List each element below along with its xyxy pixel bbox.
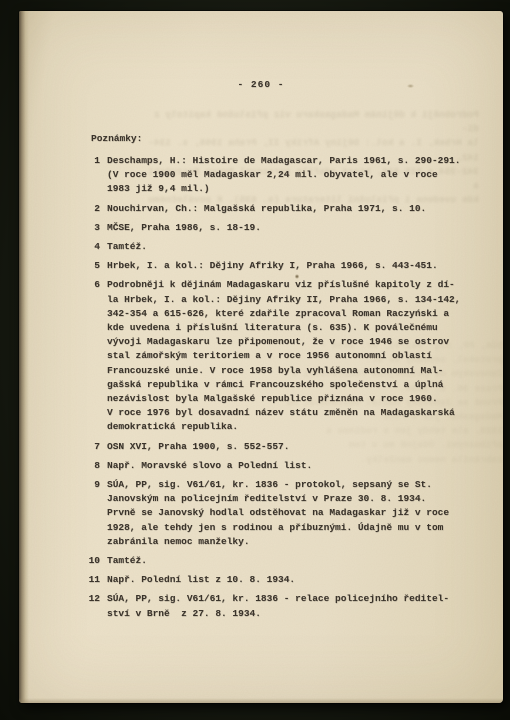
footnote-text: SÚA, PP, sig. V61/61, kr. 1836 - protoko… bbox=[107, 478, 449, 549]
footnote-text: Hrbek, I. a kol.: Dějiny Afriky I, Praha… bbox=[107, 259, 438, 273]
footnote-text: Deschamps, H.: Histoire de Madagascar, P… bbox=[107, 154, 460, 197]
footnote-item: 8 Např. Moravské slovo a Polední list. bbox=[85, 459, 481, 473]
scanned-page: Podrobněji k dějinám Madagaskaru viz pří… bbox=[19, 11, 503, 703]
footnote-item: 5 Hrbek, I. a kol.: Dějiny Afriky I, Pra… bbox=[85, 259, 481, 273]
footnote-number: 1 bbox=[85, 154, 100, 197]
footnote-number: 7 bbox=[85, 440, 100, 454]
footnote-text: Nouchirvan, Ch.: Malgašská republika, Pr… bbox=[107, 202, 426, 216]
footnote-number: 10 bbox=[85, 554, 100, 568]
footnote-item: 9 SÚA, PP, sig. V61/61, kr. 1836 - proto… bbox=[85, 478, 481, 549]
footnote-item: 12 SÚA, PP, sig. V61/61, kr. 1836 - rela… bbox=[85, 592, 481, 620]
footnote-text: Např. Moravské slovo a Polední list. bbox=[107, 459, 312, 473]
footnote-text: Tamtéž. bbox=[107, 554, 147, 568]
footnote-number: 4 bbox=[85, 240, 100, 254]
footnote-text: OSN XVI, Praha 1900, s. 552-557. bbox=[107, 440, 289, 454]
footnote-item: 2 Nouchirvan, Ch.: Malgašská republika, … bbox=[85, 202, 481, 216]
page-edge-bottom bbox=[19, 698, 503, 703]
footnote-item: 1 Deschamps, H.: Histoire de Madagascar,… bbox=[85, 154, 481, 197]
footnote-number: 5 bbox=[85, 259, 100, 273]
footnote-number: 2 bbox=[85, 202, 100, 216]
footnote-item: 4 Tamtéž. bbox=[85, 240, 481, 254]
footnote-item: 11 Např. Polední list z 10. 8. 1934. bbox=[85, 573, 481, 587]
page-edge bbox=[19, 11, 29, 703]
page-number: - 260 - bbox=[19, 78, 503, 92]
footnote-text: Podrobněji k dějinám Madagaskaru viz pří… bbox=[107, 278, 460, 434]
footnote-text: Tamtéž. bbox=[107, 240, 147, 254]
footnote-number: 8 bbox=[85, 459, 100, 473]
footnotes-list: 1 Deschamps, H.: Histoire de Madagascar,… bbox=[85, 154, 481, 626]
footnote-text: SÚA, PP, sig. V61/61, kr. 1836 - relace … bbox=[107, 592, 449, 620]
footnote-item: 3 MČSE, Praha 1986, s. 18-19. bbox=[85, 221, 481, 235]
footnote-number: 11 bbox=[85, 573, 100, 587]
footnote-number: 12 bbox=[85, 592, 100, 620]
scanned-photo-background: Podrobněji k dějinám Madagaskaru viz pří… bbox=[0, 0, 510, 720]
notes-heading: Poznámky: bbox=[91, 132, 142, 146]
footnote-number: 3 bbox=[85, 221, 100, 235]
footnote-text: MČSE, Praha 1986, s. 18-19. bbox=[107, 221, 261, 235]
footnote-item: 6 Podrobněji k dějinám Madagaskaru viz p… bbox=[85, 278, 481, 434]
footnote-text: Např. Polední list z 10. 8. 1934. bbox=[107, 573, 295, 587]
footnote-number: 9 bbox=[85, 478, 100, 549]
footnote-item: 7 OSN XVI, Praha 1900, s. 552-557. bbox=[85, 440, 481, 454]
footnote-item: 10 Tamtéž. bbox=[85, 554, 481, 568]
footnote-number: 6 bbox=[85, 278, 100, 434]
